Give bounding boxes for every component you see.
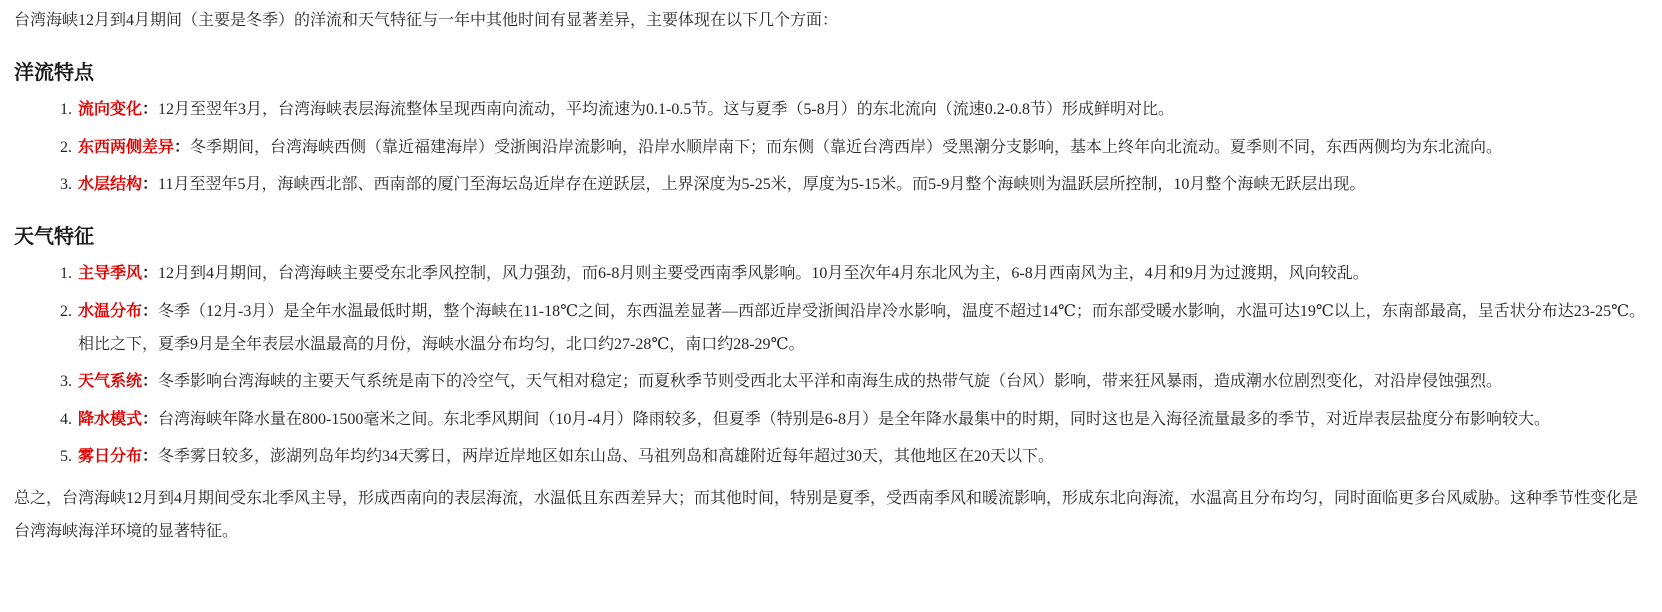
item-colon: ： [142,303,158,320]
item-label: 流向变化 [78,101,142,118]
item-text: 冬季期间，台湾海峡西侧（靠近福建海岸）受浙闽沿岸流影响，沿岸水顺岸南下；而东侧（… [190,139,1502,156]
item-label: 水温分布 [78,303,142,320]
conclusion-paragraph: 总之，台湾海峡12月到4月期间受东北季风主导，形成西南向的表层海流，水温低且东西… [14,482,1648,548]
weather-list: 主导季风：12月到4月期间，台湾海峡主要受东北季风控制，风力强劲，而6-8月则主… [14,257,1648,473]
item-text: 台湾海峡年降水量在800-1500毫米之间。东北季风期间（10月-4月）降雨较多… [158,411,1550,428]
ocean-current-list: 流向变化：12月至翌年3月，台湾海峡表层海流整体呈现西南向流动，平均流速为0.1… [14,93,1648,201]
list-item: 降水模式：台湾海峡年降水量在800-1500毫米之间。东北季风期间（10月-4月… [76,403,1648,436]
list-item: 水温分布：冬季（12月-3月）是全年水温最低时期，整个海峡在11-18℃之间，东… [76,295,1648,361]
section-heading-ocean-currents: 洋流特点 [14,60,1648,87]
list-item: 流向变化：12月至翌年3月，台湾海峡表层海流整体呈现西南向流动，平均流速为0.1… [76,93,1648,126]
item-colon: ： [142,176,158,193]
item-colon: ： [142,448,158,465]
item-label: 主导季风 [78,265,142,282]
item-colon: ： [142,373,158,390]
section-heading-weather: 天气特征 [14,224,1648,251]
item-text: 冬季雾日较多，澎湖列岛年均约34天雾日，两岸近岸地区如东山岛、马祖列岛和高雄附近… [158,448,1054,465]
answer-document: 台湾海峡12月到4月期间（主要是冬季）的洋流和天气特征与一年中其他时间有显著差异… [0,0,1662,548]
item-label: 雾日分布 [78,448,142,465]
item-colon: ： [142,411,158,428]
item-text: 12月到4月期间，台湾海峡主要受东北季风控制，风力强劲，而6-8月则主要受西南季… [158,265,1369,282]
item-label: 东西两侧差异 [78,139,174,156]
item-text: 12月至翌年3月，台湾海峡表层海流整体呈现西南向流动，平均流速为0.1-0.5节… [158,101,1174,118]
item-text: 冬季（12月-3月）是全年水温最低时期，整个海峡在11-18℃之间，东西温差显著… [78,303,1645,353]
list-item: 水层结构：11月至翌年5月，海峡西北部、西南部的厦门至海坛岛近岸存在逆跃层，上界… [76,168,1648,201]
item-label: 水层结构 [78,176,142,193]
item-text: 冬季影响台湾海峡的主要天气系统是南下的冷空气，天气相对稳定；而夏秋季节则受西北太… [158,373,1502,390]
item-colon: ： [174,139,190,156]
list-item: 天气系统：冬季影响台湾海峡的主要天气系统是南下的冷空气，天气相对稳定；而夏秋季节… [76,365,1648,398]
list-item: 主导季风：12月到4月期间，台湾海峡主要受东北季风控制，风力强劲，而6-8月则主… [76,257,1648,290]
list-item: 东西两侧差异：冬季期间，台湾海峡西侧（靠近福建海岸）受浙闽沿岸流影响，沿岸水顺岸… [76,131,1648,164]
item-colon: ： [142,101,158,118]
item-label: 降水模式 [78,411,142,428]
item-label: 天气系统 [78,373,142,390]
list-item: 雾日分布：冬季雾日较多，澎湖列岛年均约34天雾日，两岸近岸地区如东山岛、马祖列岛… [76,440,1648,473]
intro-paragraph: 台湾海峡12月到4月期间（主要是冬季）的洋流和天气特征与一年中其他时间有显著差异… [14,4,1648,37]
item-text: 11月至翌年5月，海峡西北部、西南部的厦门至海坛岛近岸存在逆跃层，上界深度为5-… [158,176,1365,193]
item-colon: ： [142,265,158,282]
